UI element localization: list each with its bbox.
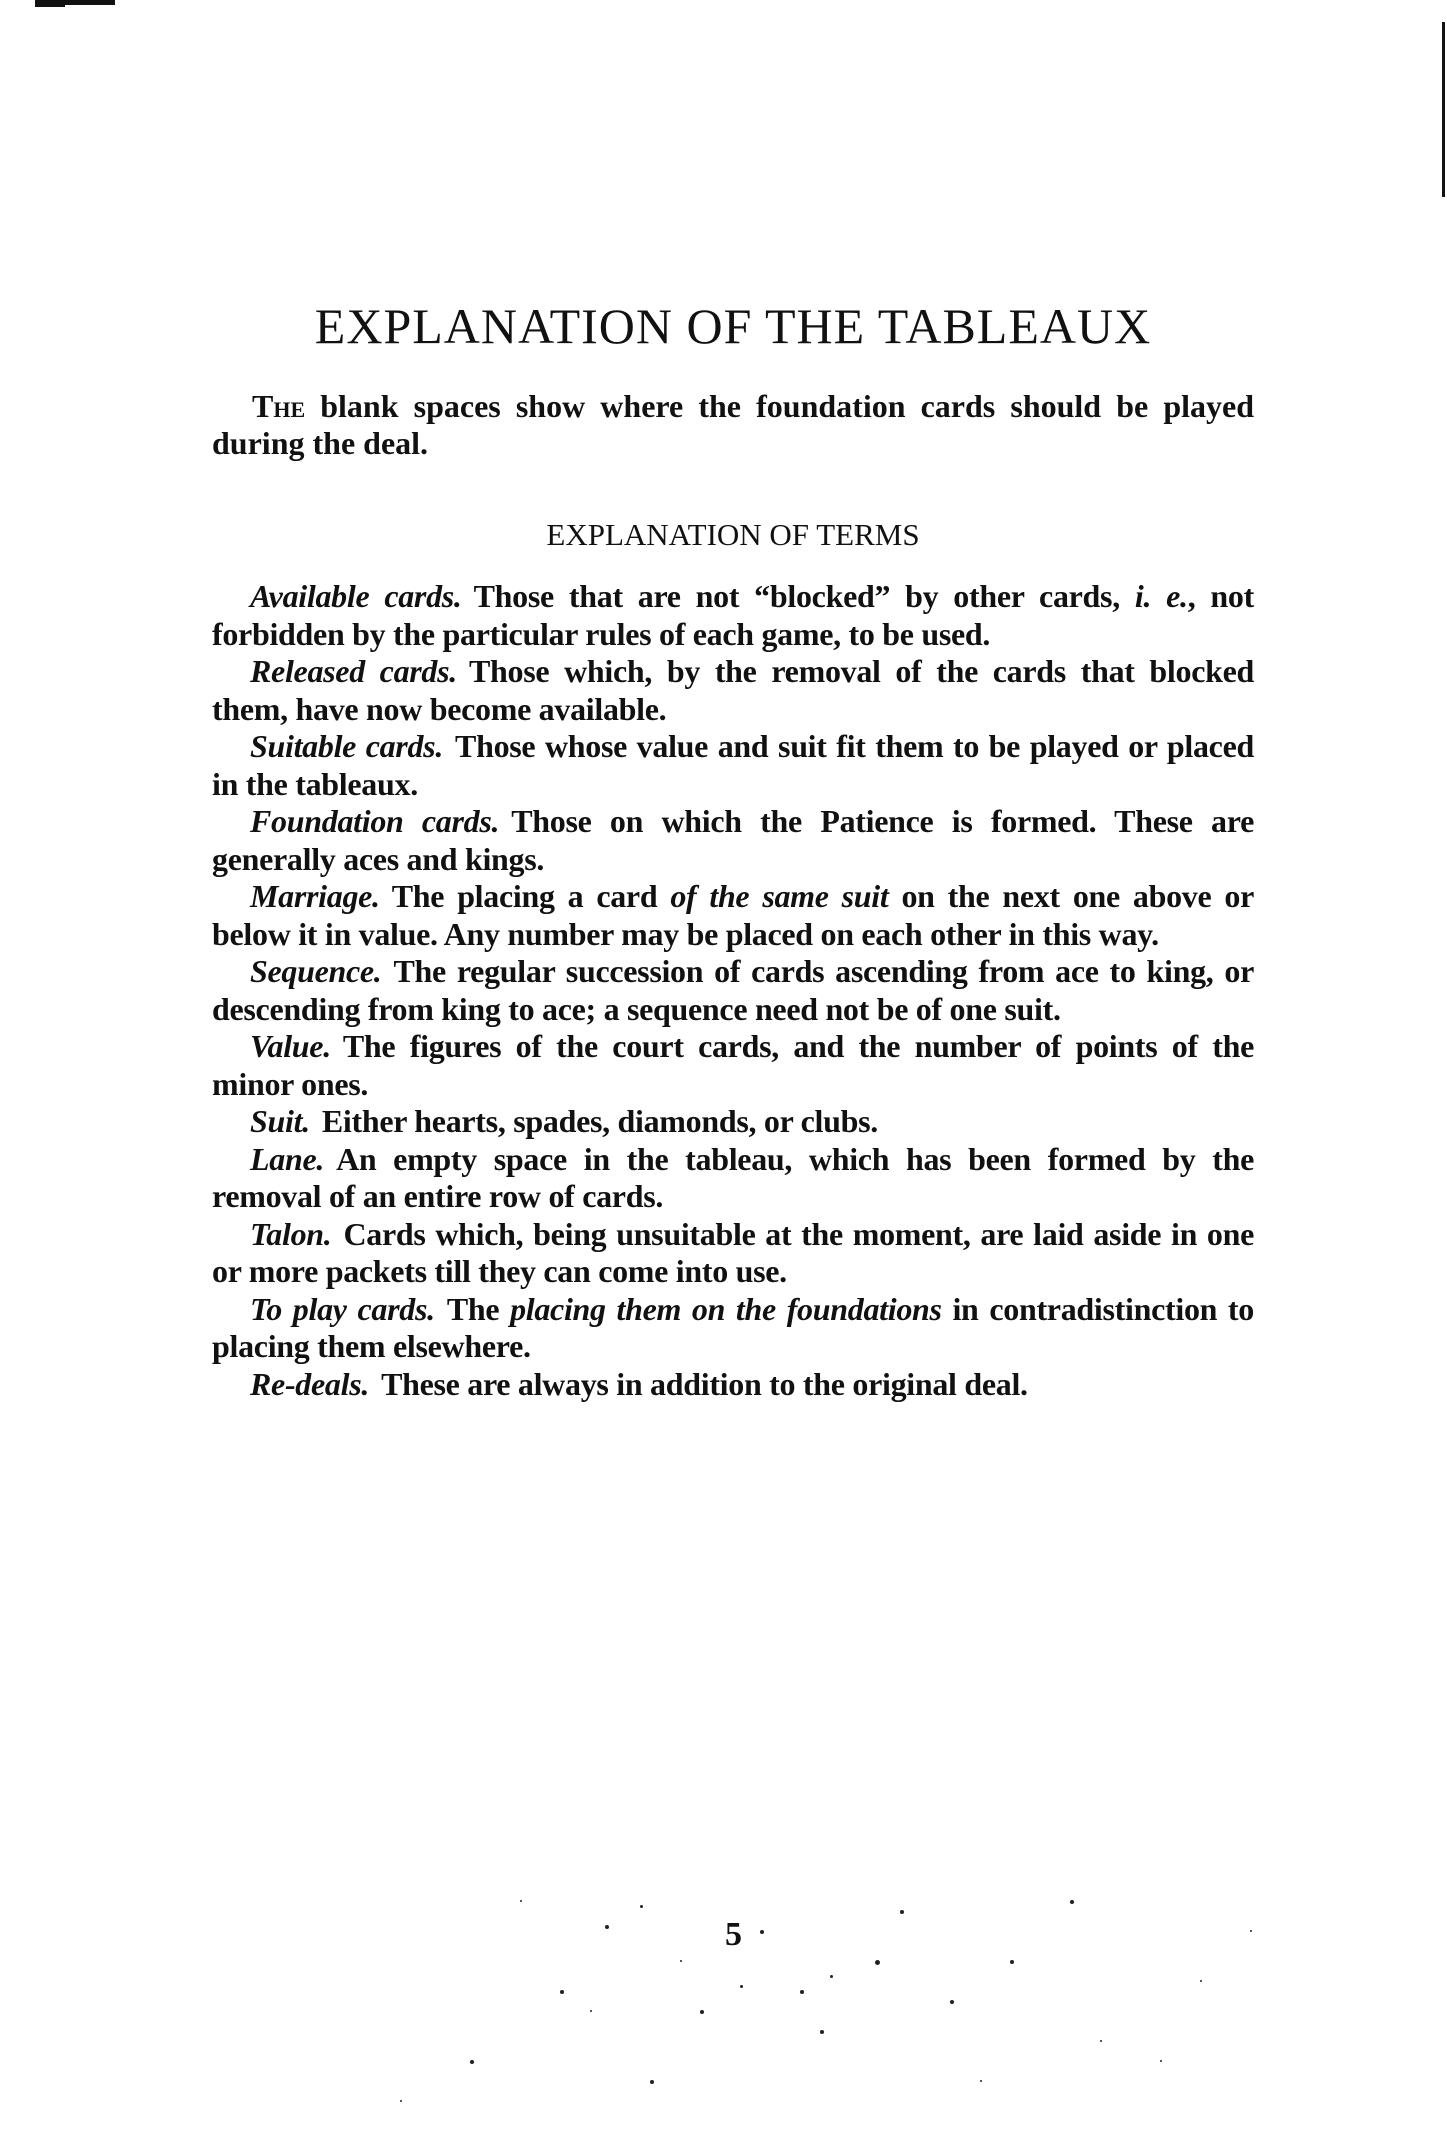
term-definition: Cards which, being unsuitable at the mom… (212, 1216, 1254, 1290)
term-name: Talon. (250, 1216, 332, 1252)
term-emphasis: of the same suit (670, 878, 888, 914)
term-entry: Released cards.Those which, by the remov… (212, 653, 1254, 728)
scan-speck (740, 1985, 743, 1988)
term-entry: Value.The figures of the court cards, an… (212, 1028, 1254, 1103)
scan-speck (980, 2080, 982, 2082)
term-name: Suit. (250, 1103, 310, 1139)
intro-text: blank spaces show where the foundation c… (212, 388, 1254, 461)
term-entry: Marriage.The placing a card of the same … (212, 878, 1254, 953)
scan-speck (800, 1990, 804, 1994)
scan-speck (1160, 2060, 1162, 2062)
scan-speck (605, 1925, 609, 1929)
term-emphasis: placing them on the foundations (510, 1291, 942, 1327)
term-name: To play cards. (250, 1291, 435, 1327)
term-entry: Available cards.Those that are not “bloc… (212, 578, 1254, 653)
page-number: 5 (725, 1915, 742, 1955)
scan-speck (1070, 1900, 1074, 1904)
term-entry: Foundation cards.Those on which the Pati… (212, 803, 1254, 878)
term-name: Sequence. (250, 953, 382, 989)
scan-speck (470, 2060, 474, 2064)
intro-lead-word: The (252, 388, 305, 424)
scan-edge-mark-top (35, 0, 115, 5)
scan-speck (640, 1905, 643, 1908)
scan-speck (820, 2030, 824, 2034)
term-entry: Suitable cards.Those whose value and sui… (212, 728, 1254, 803)
scan-speck (1200, 1980, 1202, 1982)
term-definition: These are always in addition to the orig… (381, 1366, 1028, 1402)
terms-list: Available cards.Those that are not “bloc… (212, 578, 1254, 1403)
scan-speck (1010, 1960, 1014, 1964)
term-name: Foundation cards. (250, 803, 499, 839)
scan-speck (1100, 2040, 1102, 2042)
section-heading: EXPLANATION OF TERMS (212, 515, 1254, 555)
term-definition: The placing a card (392, 878, 671, 914)
term-entry: Talon.Cards which, being unsuitable at t… (212, 1216, 1254, 1291)
term-name: Marriage. (250, 878, 380, 914)
term-name: Re-deals. (250, 1366, 369, 1402)
term-definition: The (447, 1291, 510, 1327)
term-name: Suitable cards. (250, 728, 443, 764)
term-entry: Suit.Either hearts, spades, diamonds, or… (212, 1103, 1254, 1141)
scan-speck (650, 2080, 654, 2084)
scan-edge-mark-right (1442, 22, 1445, 197)
term-entry: To play cards.The placing them on the fo… (212, 1291, 1254, 1366)
term-emphasis: i. e. (1135, 578, 1188, 614)
scan-speck (520, 1900, 522, 1902)
term-definition: Either hearts, spades, diamonds, or club… (322, 1103, 878, 1139)
term-name: Lane. (250, 1141, 324, 1177)
term-name: Available cards. (250, 578, 462, 614)
term-definition: An empty space in the tableau, which has… (212, 1141, 1254, 1215)
scan-speck (900, 1910, 904, 1914)
scan-speck (760, 1930, 764, 1934)
scan-speck (560, 1990, 564, 1994)
scan-speck (700, 2010, 704, 2014)
scan-speck (950, 2000, 954, 2004)
term-definition: The figures of the court cards, and the … (212, 1028, 1254, 1102)
scan-speck (400, 2100, 402, 2102)
scan-speck (830, 1975, 833, 1978)
term-definition: Those that are not “blocked” by other ca… (474, 578, 1135, 614)
scan-speck (680, 1960, 682, 1962)
term-entry: Re-deals.These are always in addition to… (212, 1366, 1254, 1404)
page-title: EXPLANATION OF THE TABLEAUX (212, 296, 1254, 356)
scan-speck (590, 2010, 592, 2012)
term-name: Released cards. (250, 653, 457, 689)
scan-speck (875, 1960, 880, 1965)
term-name: Value. (250, 1028, 331, 1064)
term-entry: Sequence.The regular succession of cards… (212, 953, 1254, 1028)
scan-speck (1250, 1930, 1252, 1932)
term-entry: Lane.An empty space in the tableau, whic… (212, 1141, 1254, 1216)
intro-paragraph: The blank spaces show where the foundati… (212, 388, 1254, 462)
